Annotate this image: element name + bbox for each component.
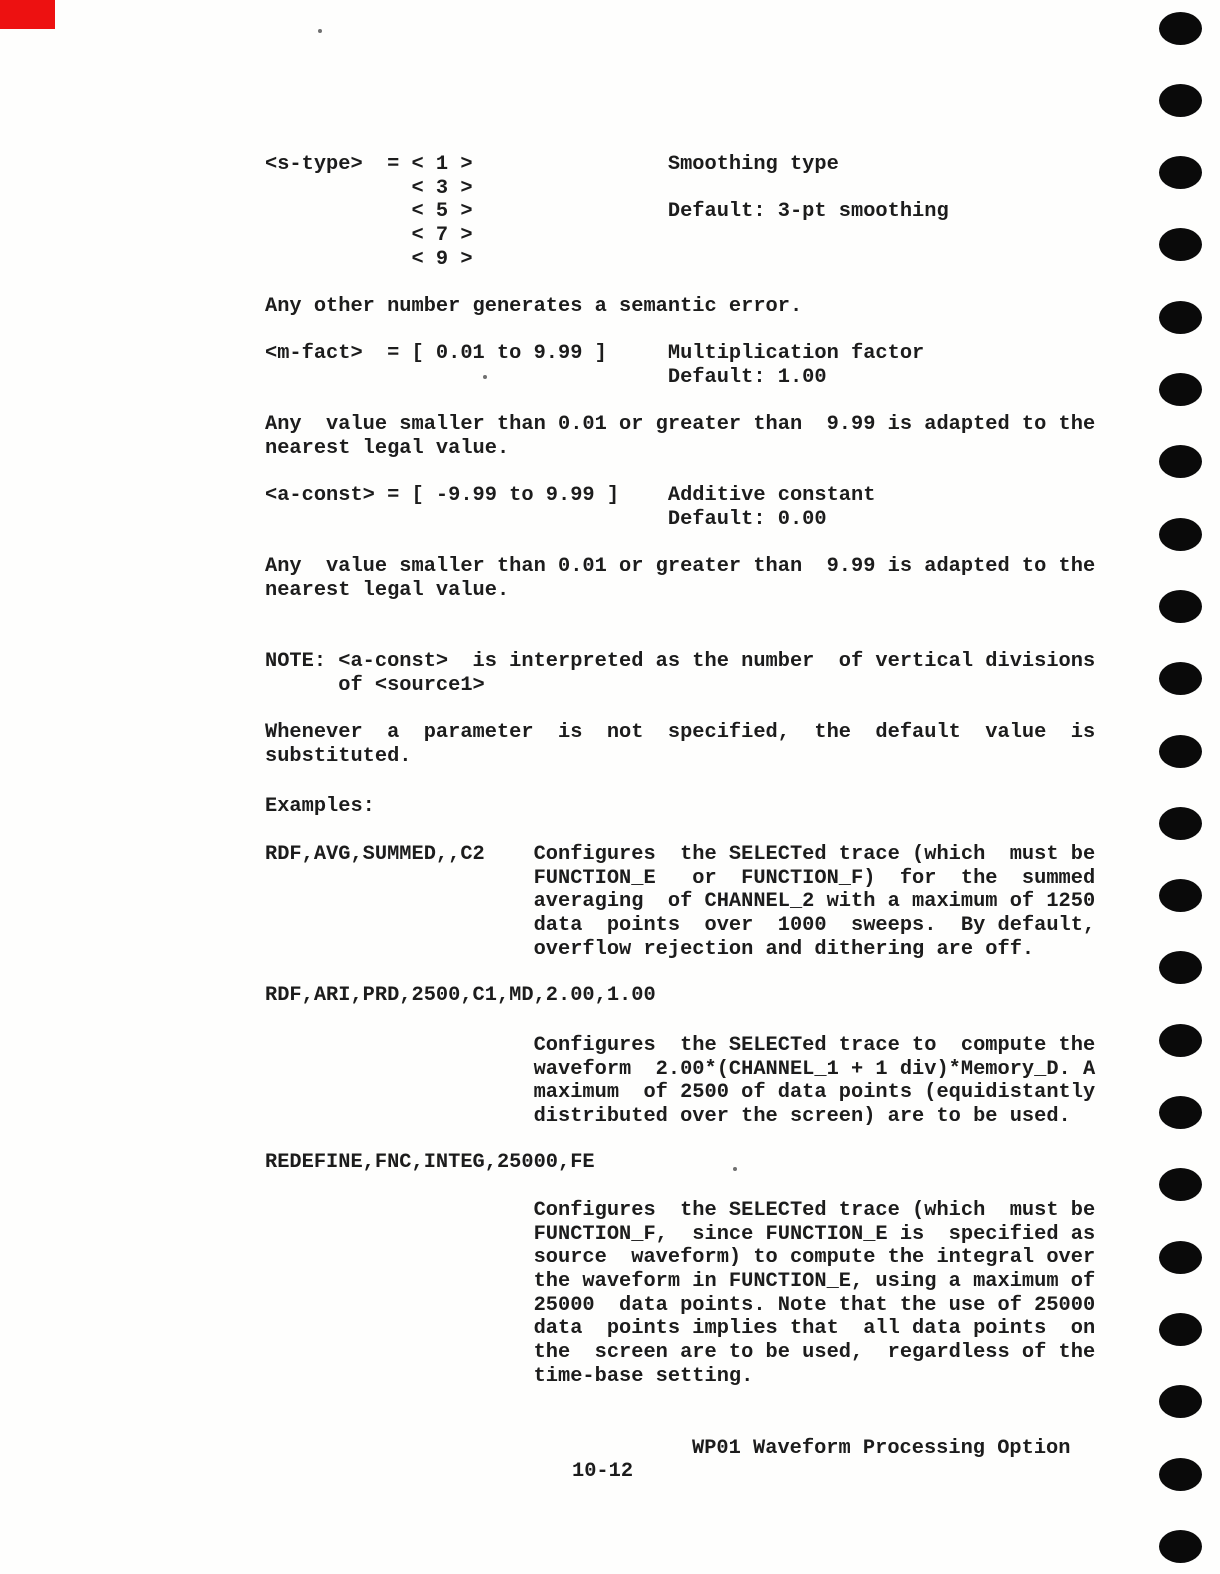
binder-hole [1159, 662, 1202, 695]
binder-hole [1159, 1313, 1202, 1346]
binder-hole [1159, 1385, 1202, 1418]
footer-option-label: WP01 Waveform Processing Option [692, 1437, 1070, 1461]
example-rdf-ari-description: Configures the SELECTed trace to compute… [265, 1034, 1095, 1129]
scan-speck [318, 29, 322, 33]
binder-hole [1159, 84, 1202, 117]
param-a-const-block: <a-const> = [ -9.99 to 9.99 ] Additive c… [265, 484, 875, 531]
scanned-manual-page: <s-type> = < 1 > Smoothing type < 3 > < … [0, 0, 1220, 1574]
binder-hole [1159, 1024, 1202, 1057]
example-rdf-avg-block: RDF,AVG,SUMMED,,C2 Configures the SELECT… [265, 843, 1095, 961]
param-m-fact-block: <m-fact> = [ 0.01 to 9.99 ] Multiplicati… [265, 342, 924, 389]
examples-heading: Examples: [265, 795, 375, 819]
binder-hole [1159, 1530, 1202, 1563]
binder-hole [1159, 445, 1202, 478]
footer-page-number: 10-12 [572, 1460, 633, 1484]
default-substitution-note: Whenever a parameter is not specified, t… [265, 721, 1095, 768]
scan-speck [733, 1167, 737, 1171]
binder-hole [1159, 879, 1202, 912]
range-note-1: Any value smaller than 0.01 or greater t… [265, 413, 1095, 460]
binder-hole [1159, 301, 1202, 334]
example-redefine-command: REDEFINE,FNC,INTEG,25000,FE [265, 1151, 595, 1175]
range-note-2: Any value smaller than 0.01 or greater t… [265, 555, 1095, 602]
corner-red-marker [0, 0, 55, 29]
binder-hole [1159, 590, 1202, 623]
binder-hole [1159, 807, 1202, 840]
binder-hole [1159, 1096, 1202, 1129]
binder-hole [1159, 518, 1202, 551]
scan-speck [483, 375, 487, 379]
example-rdf-ari-command: RDF,ARI,PRD,2500,C1,MD,2.00,1.00 [265, 984, 656, 1008]
binder-hole [1159, 12, 1202, 45]
binder-hole [1159, 228, 1202, 261]
example-redefine-description: Configures the SELECTed trace (which mus… [265, 1199, 1095, 1388]
binder-hole [1159, 1241, 1202, 1274]
semantic-error-note: Any other number generates a semantic er… [265, 295, 802, 319]
note-block: NOTE: <a-const> is interpreted as the nu… [265, 650, 1095, 697]
binder-hole [1159, 373, 1202, 406]
binder-hole [1159, 735, 1202, 768]
binder-hole [1159, 1168, 1202, 1201]
binder-hole [1159, 951, 1202, 984]
param-s-type-block: <s-type> = < 1 > Smoothing type < 3 > < … [265, 153, 949, 271]
binder-hole [1159, 156, 1202, 189]
binder-hole [1159, 1458, 1202, 1491]
